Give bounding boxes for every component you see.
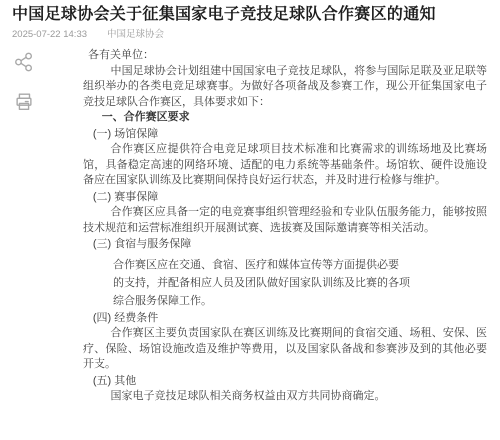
subsection-heading-other: (五) 其他	[83, 374, 487, 390]
text-line: 的支持，并配备相应人员及团队做好国家队训练及比赛的各项	[113, 274, 487, 292]
section-heading-requirements: 一、合作赛区要求	[83, 110, 487, 126]
source-name: 中国足球协会	[107, 29, 164, 41]
subsection-heading-accommodation: (三) 食宿与服务保障	[83, 237, 487, 253]
subsection-heading-venue: (一) 场馆保障	[83, 127, 487, 143]
publish-datetime: 2025-07-22 14:33	[12, 29, 87, 41]
share-button[interactable]	[13, 51, 35, 73]
page-title: 中国足球协会关于征集国家电子竞技足球队合作赛区的通知	[12, 5, 486, 25]
subsection-body-funding: 合作赛区主要负责国家队在赛区训练及比赛期间的食宿交通、场租、安保、医疗、保险、场…	[83, 326, 487, 373]
subsection-body-events: 合作赛区应具备一定的电竞赛事组织管理经验和专业队伍服务能力，能够按照技术规范和运…	[83, 205, 487, 236]
article-header: 中国足球协会关于征集国家电子竞技足球队合作赛区的通知 2025-07-22 14…	[0, 0, 500, 41]
subsection-body-other: 国家电子竞技足球队相关商务权益由双方共同协商确定。	[83, 389, 487, 405]
subsection-heading-events: (二) 赛事保障	[83, 190, 487, 206]
share-icon	[13, 51, 35, 73]
article-meta: 2025-07-22 14:33 中国足球协会	[12, 29, 486, 41]
printer-icon	[13, 91, 35, 113]
action-rail	[0, 48, 83, 405]
article-content: 各有关单位： 中国足球协会计划组建中国国家电子竞技足球队，将参与国际足联及亚足联…	[0, 48, 500, 405]
subsection-heading-funding: (四) 经费条件	[83, 311, 487, 327]
text-line: 合作赛区应在交通、食宿、医疗和媒体宣传等方面提供必要	[113, 256, 487, 274]
print-button[interactable]	[13, 91, 35, 113]
subsection-body-accommodation: 合作赛区应在交通、食宿、医疗和媒体宣传等方面提供必要 的支持，并配备相应人员及团…	[83, 256, 487, 310]
intro-paragraph: 中国足球协会计划组建中国国家电子竞技足球队，将参与国际足联及亚足联等组织举办的各…	[83, 64, 487, 111]
subsection-body-venue: 合作赛区应提供符合电竞足球项目技术标准和比赛需求的训练场地及比赛场馆，具备稳定高…	[83, 142, 487, 189]
article-page: 中国足球协会关于征集国家电子竞技足球队合作赛区的通知 2025-07-22 14…	[0, 0, 500, 440]
text-line: 综合服务保障工作。	[113, 292, 487, 310]
salutation: 各有关单位：	[83, 48, 487, 64]
article-body: 各有关单位： 中国足球协会计划组建中国国家电子竞技足球队，将参与国际足联及亚足联…	[83, 48, 500, 405]
